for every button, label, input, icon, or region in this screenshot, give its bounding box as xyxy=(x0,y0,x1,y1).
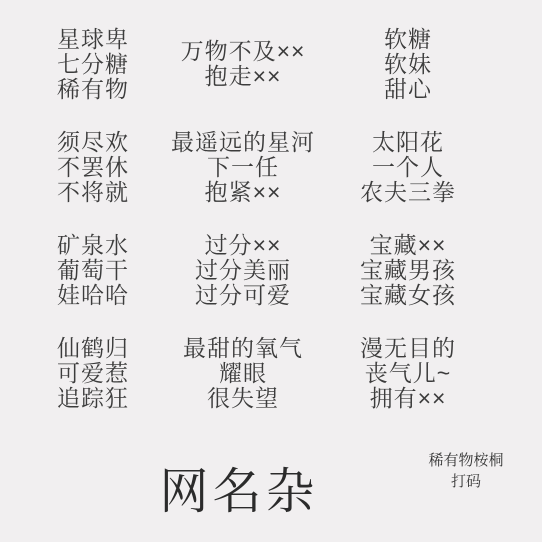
name-line: 丧气儿~ xyxy=(360,361,456,386)
name-line: 星球卑 xyxy=(57,27,129,52)
name-line: 农夫三拳 xyxy=(360,180,456,205)
name-group-r3c2: 过分×× 过分美丽 过分可爱 xyxy=(195,233,291,308)
name-group-r3c3: 宝藏×× 宝藏男孩 宝藏女孩 xyxy=(360,233,456,308)
name-group-r2c3: 太阳花 一个人 农夫三拳 xyxy=(360,130,456,205)
name-group-r3c1: 矿泉水 葡萄干 娃哈哈 xyxy=(57,233,129,308)
name-line: 软妹 xyxy=(384,52,432,77)
name-line: 宝藏女孩 xyxy=(360,283,456,308)
name-group-r1c1: 星球卑 七分糖 稀有物 xyxy=(57,27,129,102)
name-line: 拥有×× xyxy=(360,386,456,411)
name-line: 仙鹤归 xyxy=(57,336,129,361)
name-line: 过分美丽 xyxy=(195,258,291,283)
watermark-line-1: 稀有物桉桐 xyxy=(428,450,503,471)
name-line: 甜心 xyxy=(384,77,432,102)
name-group-r4c1: 仙鹤归 可爱惹 追踪狂 xyxy=(57,336,129,411)
name-line: 过分可爱 xyxy=(195,283,291,308)
name-line: 很失望 xyxy=(183,386,303,411)
name-list-grid: 星球卑 七分糖 稀有物 万物不及×× 抱走×× 软糖 软妹 甜心 须尽欢 不罢休… xyxy=(0,0,542,412)
name-line: 下一任 xyxy=(171,155,315,180)
name-line: 太阳花 xyxy=(360,130,456,155)
name-line: 万物不及×× xyxy=(181,39,306,64)
name-line: 宝藏男孩 xyxy=(360,258,456,283)
watermark: 稀有物桉桐 打码 xyxy=(428,450,503,492)
name-line: 不罢休 xyxy=(57,155,129,180)
name-group-r1c2: 万物不及×× 抱走×× xyxy=(181,39,306,89)
name-line: 抱紧×× xyxy=(171,180,315,205)
name-line: 葡萄干 xyxy=(57,258,129,283)
name-group-r1c3: 软糖 软妹 甜心 xyxy=(384,27,432,102)
page-title: 网名杂 xyxy=(159,464,318,520)
name-line: 耀眼 xyxy=(183,361,303,386)
name-line: 漫无目的 xyxy=(360,336,456,361)
name-line: 宝藏×× xyxy=(360,233,456,258)
name-line: 须尽欢 xyxy=(57,130,129,155)
name-line: 抱走×× xyxy=(181,64,306,89)
name-line: 一个人 xyxy=(360,155,456,180)
name-line: 最甜的氧气 xyxy=(183,336,303,361)
name-line: 不将就 xyxy=(57,180,129,205)
name-line: 过分×× xyxy=(195,233,291,258)
name-line: 矿泉水 xyxy=(57,233,129,258)
name-line: 最遥远的星河 xyxy=(171,130,315,155)
name-line: 软糖 xyxy=(384,27,432,52)
name-group-r4c2: 最甜的氧气 耀眼 很失望 xyxy=(183,336,303,411)
name-line: 追踪狂 xyxy=(57,386,129,411)
name-line: 七分糖 xyxy=(57,52,129,77)
name-group-r2c1: 须尽欢 不罢休 不将就 xyxy=(57,130,129,205)
watermark-line-2: 打码 xyxy=(428,471,503,492)
name-line: 可爱惹 xyxy=(57,361,129,386)
name-line: 稀有物 xyxy=(57,77,129,102)
name-group-r2c2: 最遥远的星河 下一任 抱紧×× xyxy=(171,130,315,205)
name-group-r4c3: 漫无目的 丧气儿~ 拥有×× xyxy=(360,336,456,411)
name-line: 娃哈哈 xyxy=(57,283,129,308)
